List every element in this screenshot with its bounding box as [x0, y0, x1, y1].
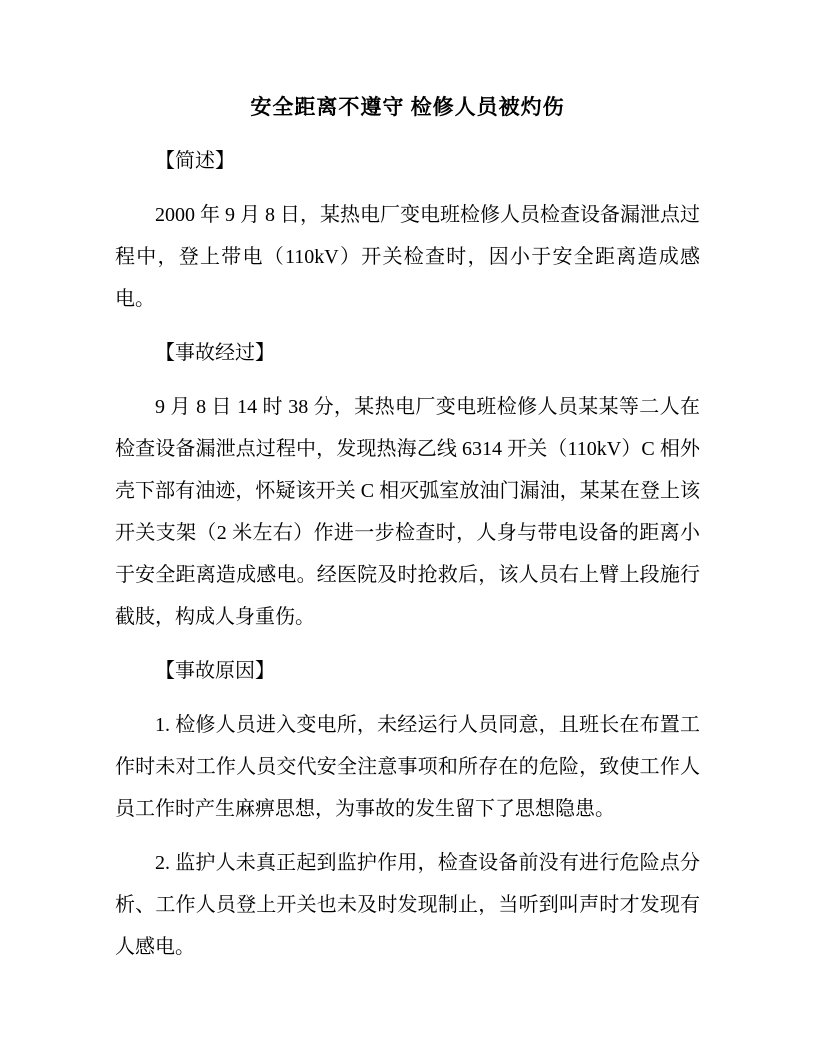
document-page: 安全距离不遵守 检修人员被灼伤 【简述】 2000 年 9 月 8 日，某热电厂…	[0, 0, 816, 1056]
section-heading-brief: 【简述】	[115, 140, 700, 182]
paragraph-incident-cause-1: 1. 检修人员进入变电所，未经运行人员同意，且班长在布置工作时未对工作人员交代安…	[115, 704, 700, 830]
section-heading-incident-course: 【事故经过】	[115, 332, 700, 374]
section-heading-incident-cause: 【事故原因】	[115, 650, 700, 692]
document-title: 安全距离不遵守 检修人员被灼伤	[115, 86, 700, 128]
paragraph-incident-course-1: 9 月 8 日 14 时 38 分，某热电厂变电班检修人员某某等二人在检查设备漏…	[115, 386, 700, 638]
paragraph-brief-1: 2000 年 9 月 8 日，某热电厂变电班检修人员检查设备漏泄点过程中，登上带…	[115, 194, 700, 320]
paragraph-incident-cause-2: 2. 监护人未真正起到监护作用，检查设备前没有进行危险点分析、工作人员登上开关也…	[115, 842, 700, 968]
